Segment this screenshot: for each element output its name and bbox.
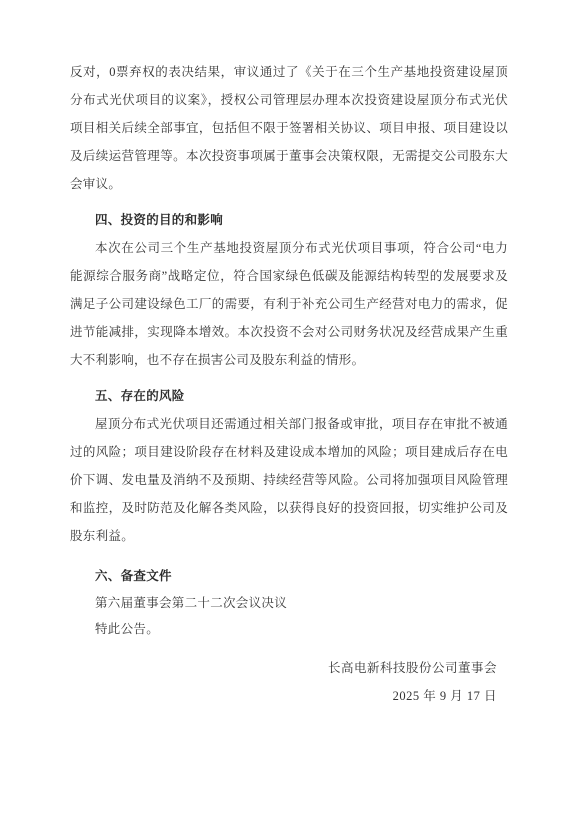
continuation-paragraph: 反对，0票弃权的表决结果，审议通过了《关于在三个生产基地投资建设屋顶分布式光伏项… xyxy=(70,58,508,198)
signature-block: 长高电新科技股份公司董事会 2025 年 9 月 17 日 xyxy=(70,654,508,710)
signature-date: 2025 年 9 月 17 日 xyxy=(70,682,497,710)
section-heading-investment-purpose: 四、投资的目的和影响 xyxy=(70,206,508,234)
reference-document-line: 第六届董事会第二十二次会议决议 xyxy=(70,590,508,616)
section-heading-risks: 五、存在的风险 xyxy=(70,382,508,410)
document-page: 反对，0票弃权的表决结果，审议通过了《关于在三个生产基地投资建设屋顶分布式光伏项… xyxy=(0,0,579,820)
signature-company: 长高电新科技股份公司董事会 xyxy=(70,654,497,682)
section-paragraph-risks: 屋顶分布式光伏项目还需通过相关部门报备或审批，项目存在审批不被通过的风险；项目建… xyxy=(70,410,508,550)
announcement-closing-line: 特此公告。 xyxy=(70,616,508,642)
section-paragraph-investment-purpose: 本次在公司三个生产基地投资屋顶分布式光伏项目事项，符合公司“电力能源综合服务商”… xyxy=(70,234,508,374)
section-heading-reference-documents: 六、备查文件 xyxy=(70,562,508,590)
